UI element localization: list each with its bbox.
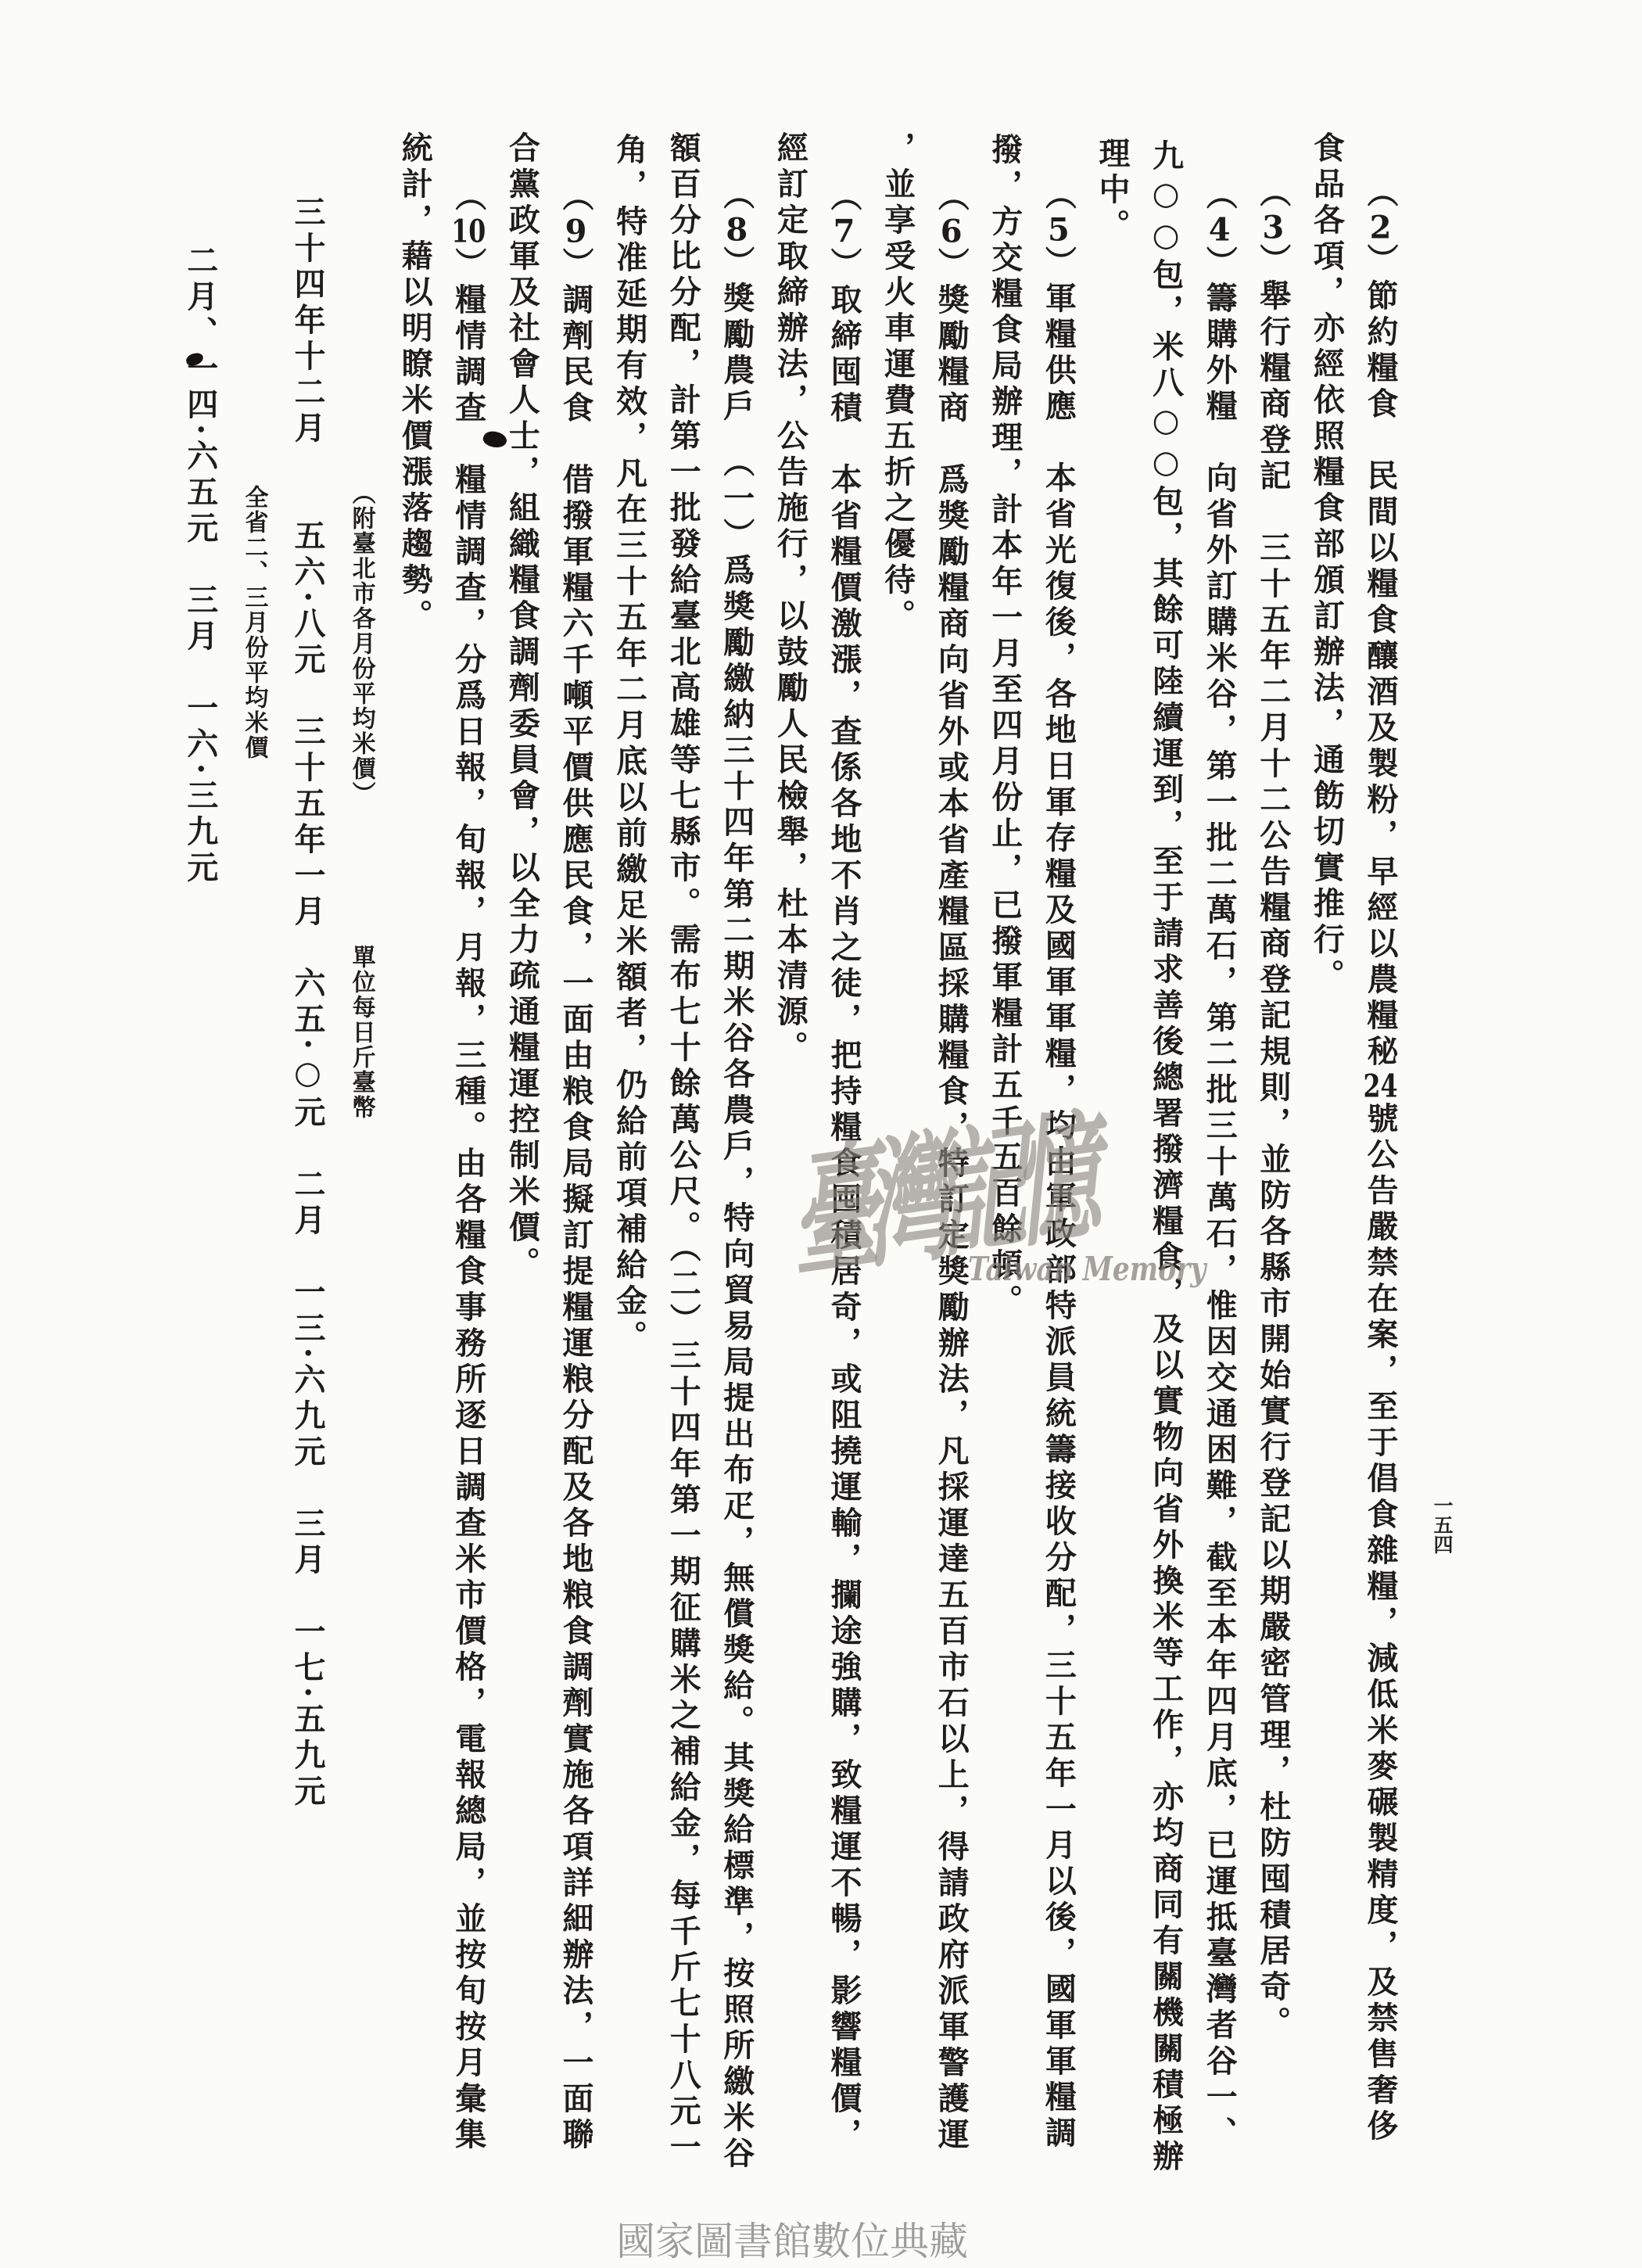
text-column-10: ，並享受火車運費五折之優待。 [880,131,916,635]
taiwan-memory-stamp-latin: Taiwan Memory [968,1250,1206,1288]
text-column-13: （8）獎勵農戶 （一）爲獎勵繳納三十四年第二期米谷各農戶，特向貿易局提出布疋，無… [719,178,755,2173]
text-column-21: 三十四年十二月 五六·八元 三十五年一月 六五·○元 二月 一三·六九元 三月 … [289,196,325,1810]
text-column-4: （4）籌購外糧 向省外訂購米谷，第一批二萬石，第二批三十萬石，惟因交通困難，截至… [1201,178,1237,2152]
text-column-6: 理中。 [1094,137,1130,245]
text-column-5: 九○○包，米八○○包，其餘可陸續運到，至于請求善後總署撥濟糧食，及以實物向省外換… [1148,139,1184,2176]
text-column-3: （3）舉行糧商登記 三十五年二月十二公告糧商登記規則，並防各縣市開始實行登記以期… [1255,176,1291,2042]
scanned-page: （2）節約糧食 民間以糧食釀酒及製粉，早經以農糧秘24號公告嚴禁在案，至于倡食雜… [0,0,1642,2268]
text-column-20: （附臺北市各月份平均米價） 單位每日斤臺幣 [347,481,375,1120]
text-column-22: 全省二、三月份平均米價 [239,485,267,760]
text-column-14: 額百分比分配，計第一批發給臺北高雄等七縣市。需布七十餘萬公尺。（二）三十四年第一… [665,131,701,2166]
text-column-15: 角，特准延期有效，凡在三十五年二月底以前繳足米額者，仍給前項補給金。 [611,133,647,1356]
text-column-17: 合黨政軍及社會人士，組織糧食調劑委員會，以全力疏通糧運控制米價。 [504,131,540,1283]
library-footer-watermark: 國家圖書館數位典藏 [616,2210,968,2266]
text-column-19: 統計，藉以明瞭米價漲落趨勢。 [396,131,432,635]
text-column-23: 二月、一四·六五元 三月 一六·三九元 [182,244,218,887]
text-column-18: （10）糧情調查 糧情調查，分爲日報，旬報，月報，三種。由各糧食事務所逐日調查米… [450,180,486,2154]
text-column-16: （9）調劑民食 借撥軍糧六千噸平價供應民食，一面由粮食局擬訂提糧運粮分配及各地粮… [557,180,593,2154]
text-column-12: 經訂定取締辦法，公告施行，以鼓勵人民檢舉，杜本清源。 [772,131,808,1067]
text-column-2: 食品各項，亦經依照糧食部頒訂辦法，通飭切實推行。 [1308,131,1344,995]
page-number: 一五四 [1428,1495,1456,1554]
text-column-1: （2）節約糧食 民間以糧食釀酒及製粉，早經以農糧秘24號公告嚴禁在案，至于倡食雜… [1362,176,1398,2145]
